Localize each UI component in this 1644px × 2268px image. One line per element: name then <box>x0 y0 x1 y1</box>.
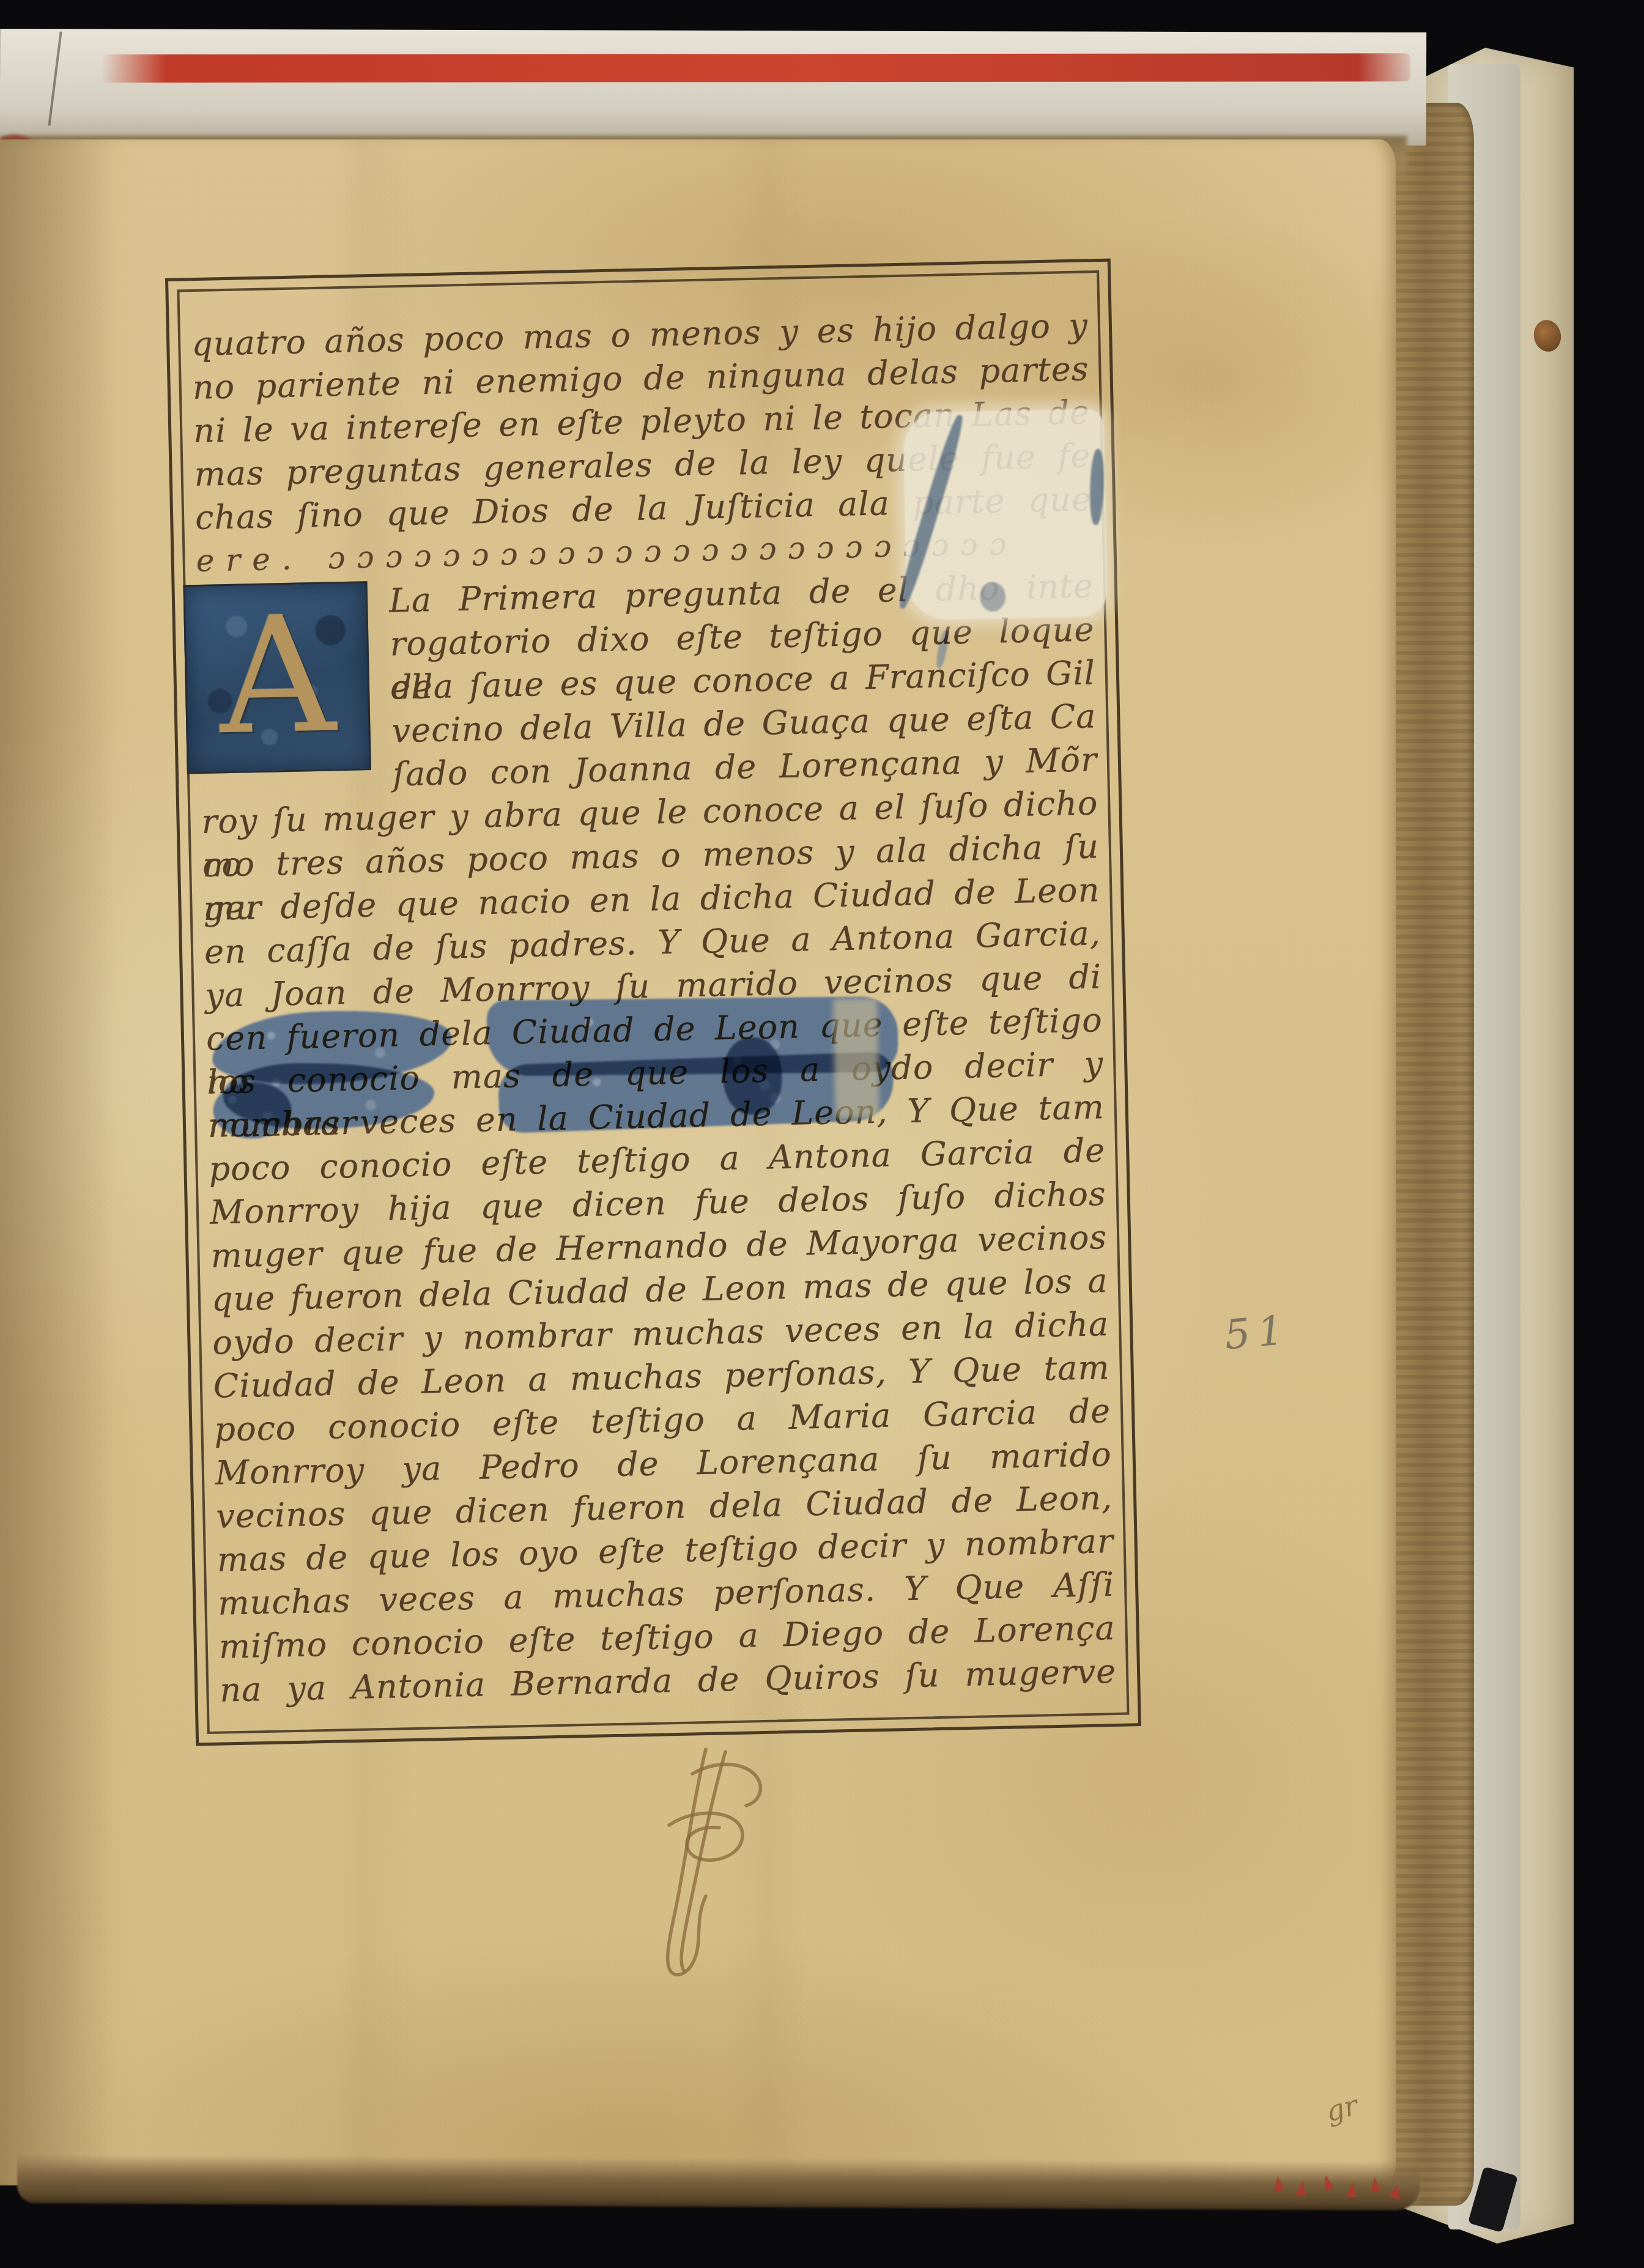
red-sprinkle-decoration <box>1271 2170 1409 2207</box>
manuscript-page: quatro años poco mas o menos y es hijo d… <box>0 139 1396 2185</box>
tail-stained-edge <box>17 2154 1420 2211</box>
red-edge-stripe <box>101 53 1410 83</box>
corner-ink-mark: gr <box>1322 2089 1361 2129</box>
folio-number-pencil: 51 <box>1223 1306 1292 1358</box>
edge-crack <box>48 32 62 126</box>
gutter-shadow <box>0 139 116 2185</box>
book-head-edge <box>0 29 1426 146</box>
initial-letter: A <box>185 579 369 772</box>
photo-backdrop: quatro años poco mas o menos y es hijo d… <box>0 0 1644 2268</box>
ink-blot <box>722 1037 783 1115</box>
illuminated-initial: A <box>183 581 371 774</box>
blot-light-gap <box>833 998 879 1119</box>
notary-rubric <box>602 1747 804 1992</box>
ruled-frame: quatro años poco mas o menos y es hijo d… <box>165 259 1141 1746</box>
